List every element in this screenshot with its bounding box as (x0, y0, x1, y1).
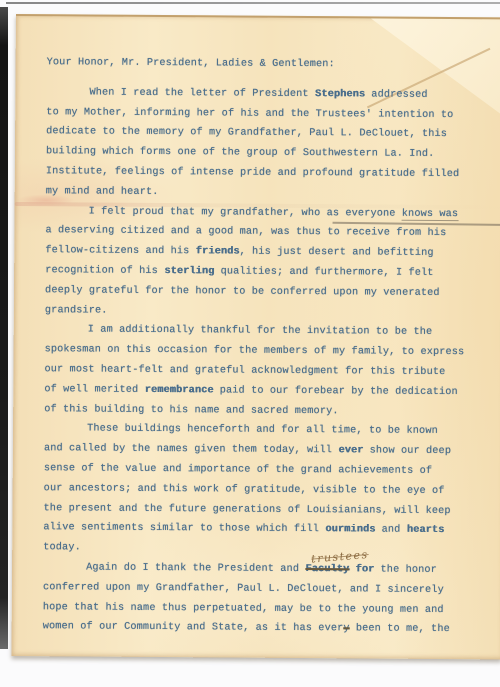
text-segment: I am additionally thankful for the invit… (88, 325, 433, 338)
text-segment: dedicate to the memory of my Grandfather… (46, 127, 447, 141)
text-line: alive sentiments similar to those which … (43, 519, 495, 542)
text-segment: remembrance (145, 385, 214, 396)
text-segment: show our deep (363, 446, 451, 458)
text-segment: ourminds (325, 524, 375, 535)
text-line: deeply grateful for the honor to be conf… (45, 281, 497, 304)
text-segment: , his just desert and befitting (239, 247, 433, 259)
text-segment: the present and the future generations o… (44, 503, 451, 517)
text-segment: fellow-citizens and his (45, 245, 195, 257)
text-segment: deeply grateful for the honor to be conf… (45, 285, 440, 299)
text-segment: Institute, feelings of intense pride and… (46, 166, 459, 180)
text-line: our most heart-felt and grateful acknowl… (44, 360, 496, 383)
text-segment: hope that his name thus perpetuated, may… (43, 602, 444, 616)
text-segment: knows was (402, 208, 458, 220)
text-line: women of our Community and State, as it … (43, 618, 495, 641)
text-segment: Again do I thank the President and (86, 562, 305, 575)
text-segment: our most heart-felt and grateful acknowl… (44, 364, 445, 378)
text-segment: for (355, 564, 374, 575)
text-segment: These buildings henceforth and for all t… (87, 424, 438, 437)
text-segment: our ancestors; and this work of gratitud… (44, 483, 445, 497)
text-segment: Facultytrustees (305, 560, 349, 580)
text-segment: today. (43, 542, 81, 553)
text-segment: of well merited (44, 384, 144, 396)
text-segment: building which forms one of the group of… (46, 146, 434, 160)
scan-border-top (6, 2, 500, 4)
text-segment: been to me, the (350, 624, 450, 636)
text-segment: ever (338, 445, 363, 456)
text-line: Again do I thank the President and Facul… (43, 558, 495, 581)
text-segment: recognition of his (45, 265, 164, 277)
text-segment: alive sentiments similar to those which … (43, 523, 325, 536)
text-segment: grandsire. (45, 305, 108, 316)
scanner-edge-strip (0, 7, 8, 649)
text-segment: a deserving citized and a good man, was … (45, 226, 446, 240)
text-segment: to my Mother, informing her of his and t… (46, 107, 453, 121)
text-line: sense of the value and importance of the… (44, 459, 496, 482)
text-segment: my mind and heart. (46, 186, 159, 198)
text-segment: qualities; and furthermore, I felt (214, 266, 433, 279)
text-line: conferred upon my Grandfather, Paul L. D… (43, 578, 495, 601)
text-line: our ancestors; and this work of gratitud… (44, 479, 496, 502)
text-segment: Your Honor, Mr. President, Ladies & Gent… (47, 57, 335, 70)
text-segment: friends (196, 246, 240, 257)
text-segment: addressed (365, 89, 428, 100)
text-segment: Stephens (315, 89, 365, 100)
text-segment: women of our Community and State, as it … (43, 622, 344, 635)
text-segment: I felt proud that my grandfather, who as… (89, 206, 402, 219)
text-segment: sense of the value and importance of the… (44, 463, 432, 477)
text-segment: the honor (374, 564, 437, 575)
text-line: Your Honor, Mr. President, Ladies & Gent… (47, 53, 499, 76)
text-segment: conferred upon my Grandfather, Paul L. D… (43, 582, 444, 596)
text-segment: paid to our forebear by the dedication (213, 385, 457, 398)
text-line: my mind and heart. (46, 182, 498, 205)
letter-page: Your Honor, Mr. President, Ladies & Gent… (12, 14, 500, 659)
text-line: of well merited remembrance paid to our … (44, 380, 496, 403)
text-segment: sterling (164, 266, 214, 277)
text-segment: and called by the names given them today… (44, 443, 338, 456)
letter-text: Your Honor, Mr. President, Ladies & Gent… (43, 53, 499, 640)
text-segment: and (375, 525, 406, 536)
text-segment: hearts (407, 525, 445, 536)
text-line: When I read the letter of President Step… (46, 83, 498, 106)
text-segment: of this building to his name and sacred … (44, 404, 338, 417)
text-segment: spokesman on this occasion for the membe… (45, 344, 465, 358)
text-segment: When I read the letter of President (89, 87, 315, 100)
